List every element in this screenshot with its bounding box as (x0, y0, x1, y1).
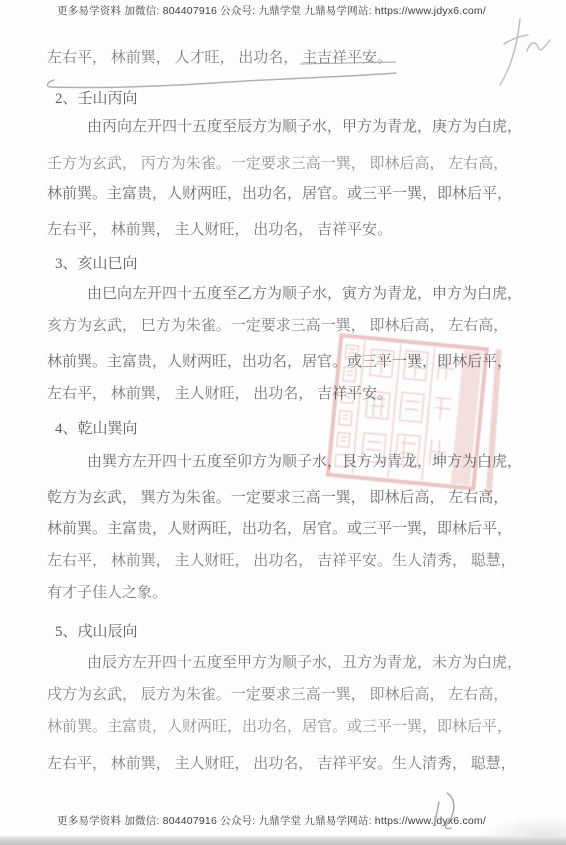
body-line: 左右平， 林前巽， 主人财旺， 出功名， 吉祥平安。 (47, 218, 392, 239)
body-line: 有才子佳人之象。 (47, 581, 167, 602)
pencil-number-icon (428, 788, 472, 836)
body-line: 由丙向左开四十五度至辰方为顺子水，甲方为青龙，庚方为白虎， (87, 115, 522, 136)
section-heading: 2、壬山丙向 (55, 87, 138, 108)
red-seal-stamp (323, 330, 513, 502)
body-line: 壬方为玄武， 丙方为朱雀。一定要求三高一巽， 即林后高， 左右高， (47, 152, 508, 173)
body-line: 由辰方左开四十五度至甲方为顺子水，丑方为青龙，未方为白虎， (87, 651, 522, 672)
scan-edge-band (0, 836, 566, 845)
body-line: 戌方为玄武， 辰方为朱雀。一定要求三高一巽， 即林后高， 左右高， (47, 683, 508, 704)
footer-text: 更多易学资料 加微信: 804407916 公众号: 九鼎学堂 九鼎易学网站: … (57, 813, 486, 828)
body-line: 左右平， 林前巽， 主人财旺， 出功名， 吉祥平安。生人清秀， 聪慧， (47, 752, 516, 773)
body-line: 由巳向左开四十五度至乙方为顺子水，寅方为青龙，申方为白虎， (87, 282, 522, 303)
body-line: 亥方为玄武， 巳方为朱雀。一定要求三高一巽， 即林后高， 左右高， (47, 314, 508, 335)
scanned-document-page: 更多易学资料 加微信: 804407916 公众号: 九鼎学堂 九鼎易学网站: … (0, 0, 566, 845)
body-line: 林前巽。主富贵，人财两旺，出功名，居官。或三平一巽，即林后平， (47, 517, 512, 538)
section-heading: 3、亥山巳向 (55, 252, 138, 273)
scan-shadow (480, 816, 566, 838)
section-heading: 5、戌山辰向 (55, 620, 138, 641)
header-text: 更多易学资料 加微信: 804407916 公众号: 九鼎学堂 九鼎易学网站: … (57, 3, 486, 18)
body-line: 左右平， 林前巽， 主人财旺， 出功名， 吉祥平安。生人清秀， 聪慧， (47, 549, 516, 570)
body-line: 林前巽。主富贵，人财两旺，出功名，居官。或三平一巽，即林后平， (47, 715, 512, 736)
body-line: 林前巽。主富贵，人财两旺，出功名，居官。或三平一巽，即林后平， (47, 182, 512, 203)
pencil-scribble-icon (486, 8, 566, 94)
section-heading: 4、乾山巽向 (55, 417, 138, 438)
